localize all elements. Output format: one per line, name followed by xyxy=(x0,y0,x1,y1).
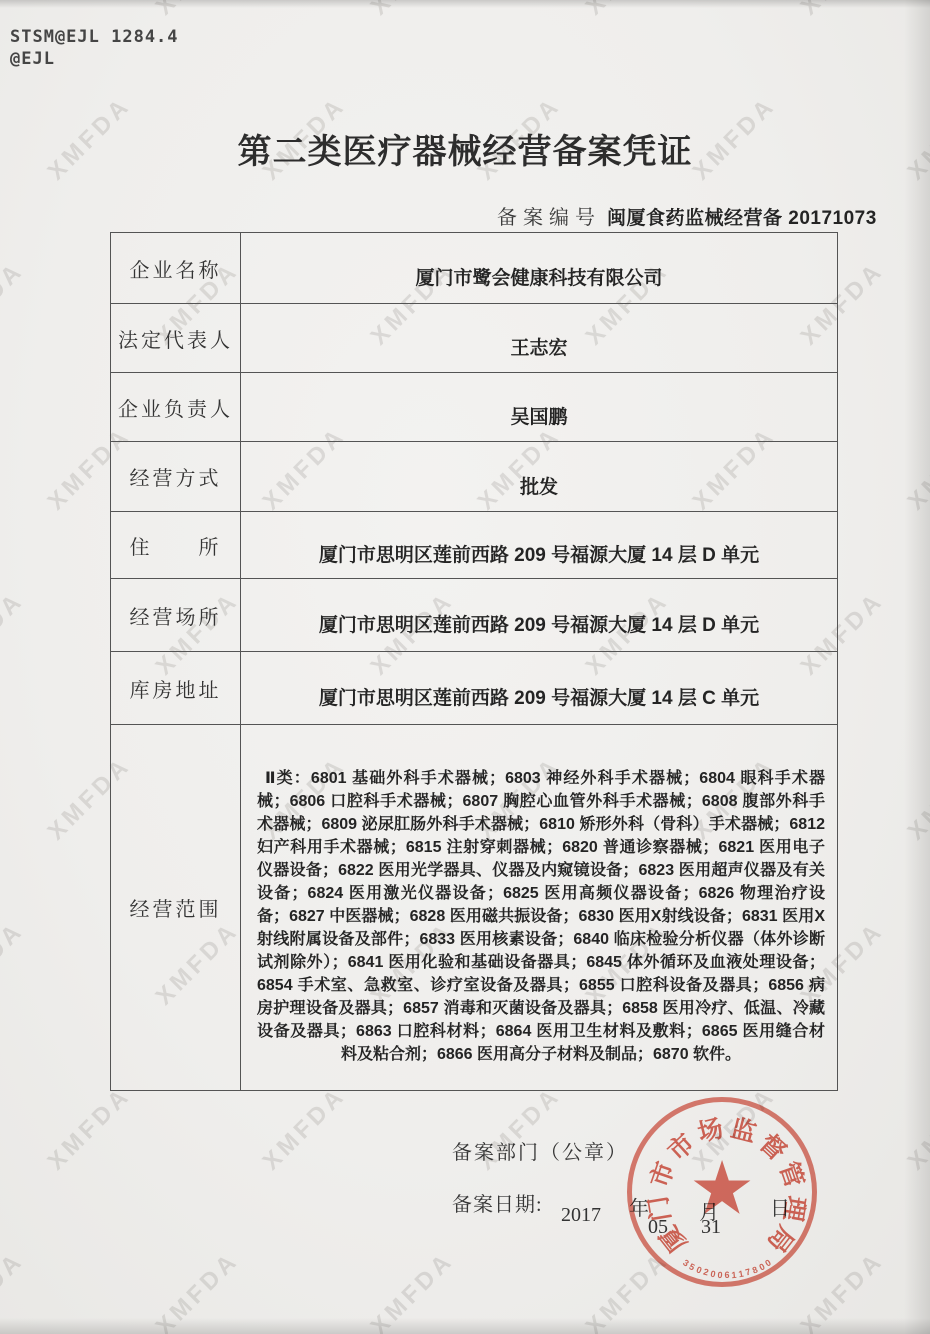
watermark-text: XMFDA xyxy=(366,0,460,21)
official-seal: ★ 厦门市市场监督管理局3502006117800 xyxy=(627,1097,817,1287)
filing-year-value: 2017 xyxy=(561,1204,601,1227)
photo-edge-shadow-right xyxy=(904,0,930,1334)
field-label: 企业名称 xyxy=(111,233,241,304)
field-label: 住 所 xyxy=(111,512,241,579)
watermark-text: XMFDA xyxy=(903,1082,930,1176)
table-row: 法定代表人 王志宏 xyxy=(111,304,838,373)
record-number-label: 备案编号 xyxy=(497,207,601,229)
watermark-text: XMFDA xyxy=(581,0,675,21)
field-value: 吴国鹏 xyxy=(241,373,838,442)
watermark-text: XMFDA xyxy=(796,1247,890,1334)
field-value: 批发 xyxy=(241,442,838,512)
watermark-text: XMFDA xyxy=(0,257,30,351)
watermark-text: XMFDA xyxy=(903,422,930,516)
photo-edge-shadow-top xyxy=(0,0,930,8)
business-scope-text: Ⅱ类：6801 基础外科手术器械；6803 神经外科手术器械；6804 眼科手术… xyxy=(257,767,825,1066)
field-value: 厦门市思明区莲前西路 209 号福源大厦 14 层 D 单元 xyxy=(241,579,838,652)
field-value: 厦门市鹭会健康科技有限公司 xyxy=(241,233,838,304)
field-label: 经营方式 xyxy=(111,442,241,512)
seal-ring-char: 管 xyxy=(772,1157,814,1192)
document-title: 第二类医疗器械经营备案凭证 xyxy=(0,124,930,173)
seal-ring-char: 监 xyxy=(728,1109,761,1150)
field-label: 企业负责人 xyxy=(111,373,241,442)
seal-ring-char: 厦 xyxy=(650,1219,694,1261)
seal-ring-char: 局 xyxy=(760,1219,804,1261)
table-row: 企业负责人 吴国鹏 xyxy=(111,373,838,442)
watermark-text: XMFDA xyxy=(43,1082,137,1176)
seal-number-char: 6 xyxy=(724,1270,729,1280)
watermark-text: XMFDA xyxy=(0,587,30,681)
field-value: 厦门市思明区莲前西路 209 号福源大厦 14 层 D 单元 xyxy=(241,512,838,579)
watermark-text: XMFDA xyxy=(0,1247,30,1334)
seal-number-char: 0 xyxy=(709,1268,716,1279)
field-label: 经营范围 xyxy=(111,725,241,1091)
table-row: 企业名称 厦门市鹭会健康科技有限公司 xyxy=(111,233,838,304)
seal-ring-char: 市 xyxy=(640,1157,682,1192)
table-row: 经营方式 批发 xyxy=(111,442,838,512)
table-row-scope: 经营范围 Ⅱ类：6801 基础外科手术器械；6803 神经外科手术器械；6804… xyxy=(111,725,838,1091)
field-value: 厦门市思明区莲前西路 209 号福源大厦 14 层 C 单元 xyxy=(241,652,838,725)
field-value-cell: Ⅱ类：6801 基础外科手术器械；6803 神经外科手术器械；6804 眼科手术… xyxy=(241,725,838,1091)
watermark-text: XMFDA xyxy=(796,0,890,21)
watermark-text: XMFDA xyxy=(0,917,30,1011)
watermark-text: XMFDA xyxy=(0,0,30,21)
printer-code-line1: STSM@EJL 1284.4 xyxy=(10,26,179,48)
record-number: 备案编号 闽厦食药监械经营备 20171073 xyxy=(497,201,877,230)
table-row: 库房地址 厦门市思明区莲前西路 209 号福源大厦 14 层 C 单元 xyxy=(111,652,838,725)
seal-number-char: 1 xyxy=(731,1269,737,1279)
field-label: 经营场所 xyxy=(111,579,241,652)
watermark-text: XMFDA xyxy=(151,1247,245,1334)
table-row: 经营场所 厦门市思明区莲前西路 209 号福源大厦 14 层 D 单元 xyxy=(111,579,838,652)
filing-date-label: 备案日期: xyxy=(452,1188,543,1217)
seal-number-char: 1 xyxy=(738,1268,745,1279)
field-value: 王志宏 xyxy=(241,304,838,373)
watermark-text: XMFDA xyxy=(258,1082,352,1176)
watermark-text: XMFDA xyxy=(151,0,245,21)
seal-number-char: 2 xyxy=(702,1266,710,1277)
record-number-value: 闽厦食药监械经营备 20171073 xyxy=(607,208,877,229)
filing-dept-label: 备案部门（公章） xyxy=(452,1136,628,1165)
field-label: 库房地址 xyxy=(111,652,241,725)
seal-ring-char: 理 xyxy=(776,1193,816,1224)
seal-ring-char: 场 xyxy=(693,1109,726,1150)
certificate-page: XMFDAXMFDAXMFDAXMFDAXMFDAXMFDAXMFDAXMFDA… xyxy=(0,0,930,1334)
watermark-text: XMFDA xyxy=(366,1247,460,1334)
watermark-text: XMFDA xyxy=(903,752,930,846)
table-row: 住 所 厦门市思明区莲前西路 209 号福源大厦 14 层 D 单元 xyxy=(111,512,838,579)
seal-star-icon: ★ xyxy=(689,1151,755,1225)
seal-number-char: 0 xyxy=(717,1269,723,1279)
seal-ring-char: 门 xyxy=(638,1193,678,1224)
seal-number-char: 0 xyxy=(694,1264,702,1275)
field-label: 法定代表人 xyxy=(111,304,241,373)
photo-edge-shadow-bottom xyxy=(0,1318,930,1334)
info-table: 企业名称 厦门市鹭会健康科技有限公司 法定代表人 王志宏 企业负责人 吴国鹏 经… xyxy=(110,232,838,1091)
printer-code-line2: @EJL xyxy=(10,48,179,70)
printer-code: STSM@EJL 1284.4 @EJL xyxy=(10,26,179,70)
